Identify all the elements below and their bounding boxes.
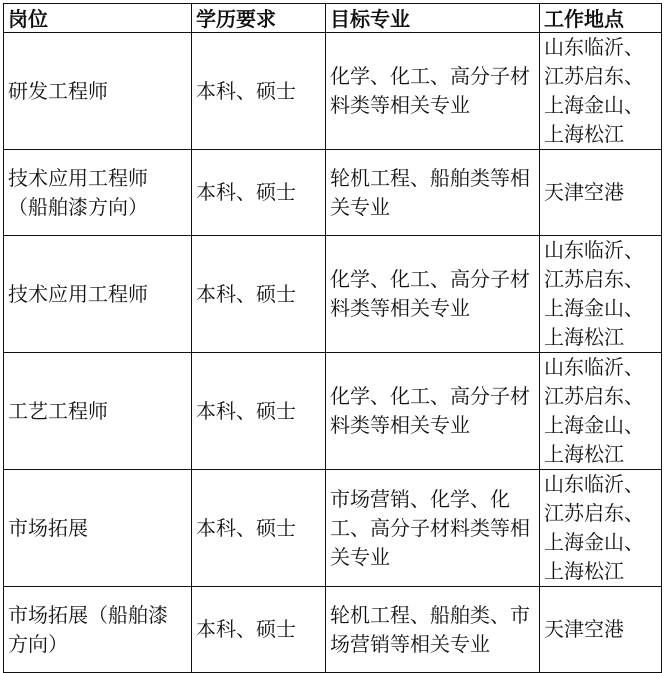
cell-location: 天津空港 xyxy=(540,150,662,236)
cell-education: 本科、硕士 xyxy=(192,150,326,236)
cell-education: 本科、硕士 xyxy=(192,236,326,353)
cell-education: 本科、硕士 xyxy=(192,470,326,587)
header-education: 学历要求 xyxy=(192,4,326,33)
cell-education: 本科、硕士 xyxy=(192,353,326,470)
cell-position: 市场拓展 xyxy=(4,470,192,587)
cell-major: 市场营销、化学、化工、高分子材料类等相关专业 xyxy=(326,470,540,587)
cell-location: 山东临沂、江苏启东、上海金山、上海松江 xyxy=(540,236,662,353)
cell-major: 化学、化工、高分子材料类等相关专业 xyxy=(326,236,540,353)
cell-position: 工艺工程师 xyxy=(4,353,192,470)
header-position: 岗位 xyxy=(4,4,192,33)
header-major: 目标专业 xyxy=(326,4,540,33)
cell-location: 山东临沂、江苏启东、上海金山、上海松江 xyxy=(540,470,662,587)
cell-position: 技术应用工程师 xyxy=(4,236,192,353)
header-row: 岗位 学历要求 目标专业 工作地点 xyxy=(4,4,662,33)
table-row: 市场拓展（船舶漆方向）本科、硕士轮机工程、船舶类、市场营销等相关专业天津空港 xyxy=(4,587,662,673)
header-location: 工作地点 xyxy=(540,4,662,33)
cell-position: 技术应用工程师（船舶漆方向） xyxy=(4,150,192,236)
job-table: 岗位 学历要求 目标专业 工作地点 研发工程师本科、硕士化学、化工、高分子材料类… xyxy=(3,3,662,673)
table-row: 技术应用工程师本科、硕士化学、化工、高分子材料类等相关专业山东临沂、江苏启东、上… xyxy=(4,236,662,353)
table-row: 研发工程师本科、硕士化学、化工、高分子材料类等相关专业山东临沂、江苏启东、上海金… xyxy=(4,33,662,150)
cell-major: 化学、化工、高分子材料类等相关专业 xyxy=(326,33,540,150)
cell-education: 本科、硕士 xyxy=(192,33,326,150)
cell-major: 化学、化工、高分子材料类等相关专业 xyxy=(326,353,540,470)
cell-location: 天津空港 xyxy=(540,587,662,673)
cell-education: 本科、硕士 xyxy=(192,587,326,673)
cell-major: 轮机工程、船舶类、市场营销等相关专业 xyxy=(326,587,540,673)
cell-major: 轮机工程、船舶类等相关专业 xyxy=(326,150,540,236)
cell-position: 市场拓展（船舶漆方向） xyxy=(4,587,192,673)
table-row: 技术应用工程师（船舶漆方向）本科、硕士轮机工程、船舶类等相关专业天津空港 xyxy=(4,150,662,236)
table-row: 市场拓展本科、硕士市场营销、化学、化工、高分子材料类等相关专业山东临沂、江苏启东… xyxy=(4,470,662,587)
cell-position: 研发工程师 xyxy=(4,33,192,150)
cell-location: 山东临沂、江苏启东、上海金山、上海松江 xyxy=(540,33,662,150)
table-row: 工艺工程师本科、硕士化学、化工、高分子材料类等相关专业山东临沂、江苏启东、上海金… xyxy=(4,353,662,470)
cell-location: 山东临沂、江苏启东、上海金山、上海松江 xyxy=(540,353,662,470)
